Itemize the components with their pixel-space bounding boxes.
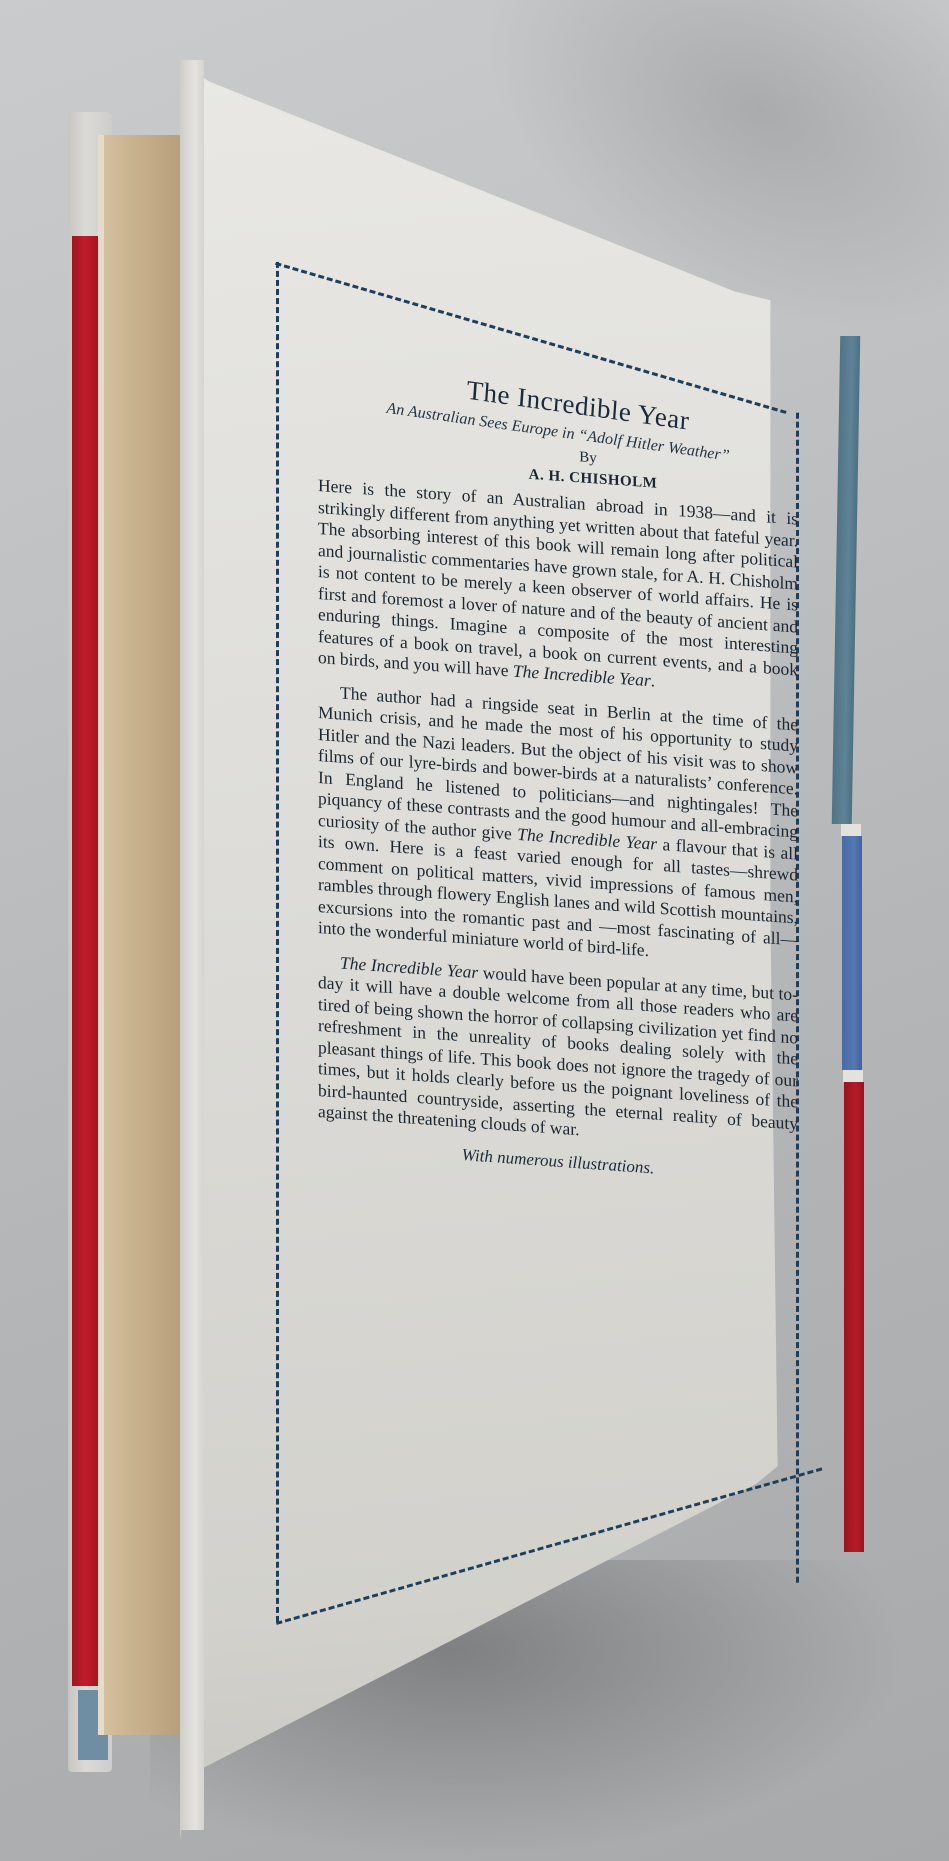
edge-stripe-white bbox=[841, 824, 861, 836]
jacket-fold bbox=[180, 60, 204, 1830]
blurb-paragraph-3: The Incredible Year would have been popu… bbox=[318, 951, 798, 1157]
blurb-paragraph-1: Here is the story of an Australian abroa… bbox=[318, 475, 798, 702]
spine-red-band bbox=[72, 236, 98, 1686]
edge-stripe-red bbox=[844, 1082, 864, 1552]
edge-stripe-blue bbox=[842, 836, 862, 1070]
blurb-paragraph-2: The author had a ringside seat in Berlin… bbox=[318, 681, 798, 973]
blurb-text-block: The Incredible Year An Australian Sees E… bbox=[318, 372, 798, 1188]
edge-stripe-white bbox=[843, 1070, 863, 1082]
frame-left-edge bbox=[276, 262, 279, 1622]
photo-scene: The Incredible Year An Australian Sees E… bbox=[0, 0, 949, 1861]
page-block-edge bbox=[98, 135, 188, 1735]
edge-stripe-teal bbox=[832, 336, 861, 824]
